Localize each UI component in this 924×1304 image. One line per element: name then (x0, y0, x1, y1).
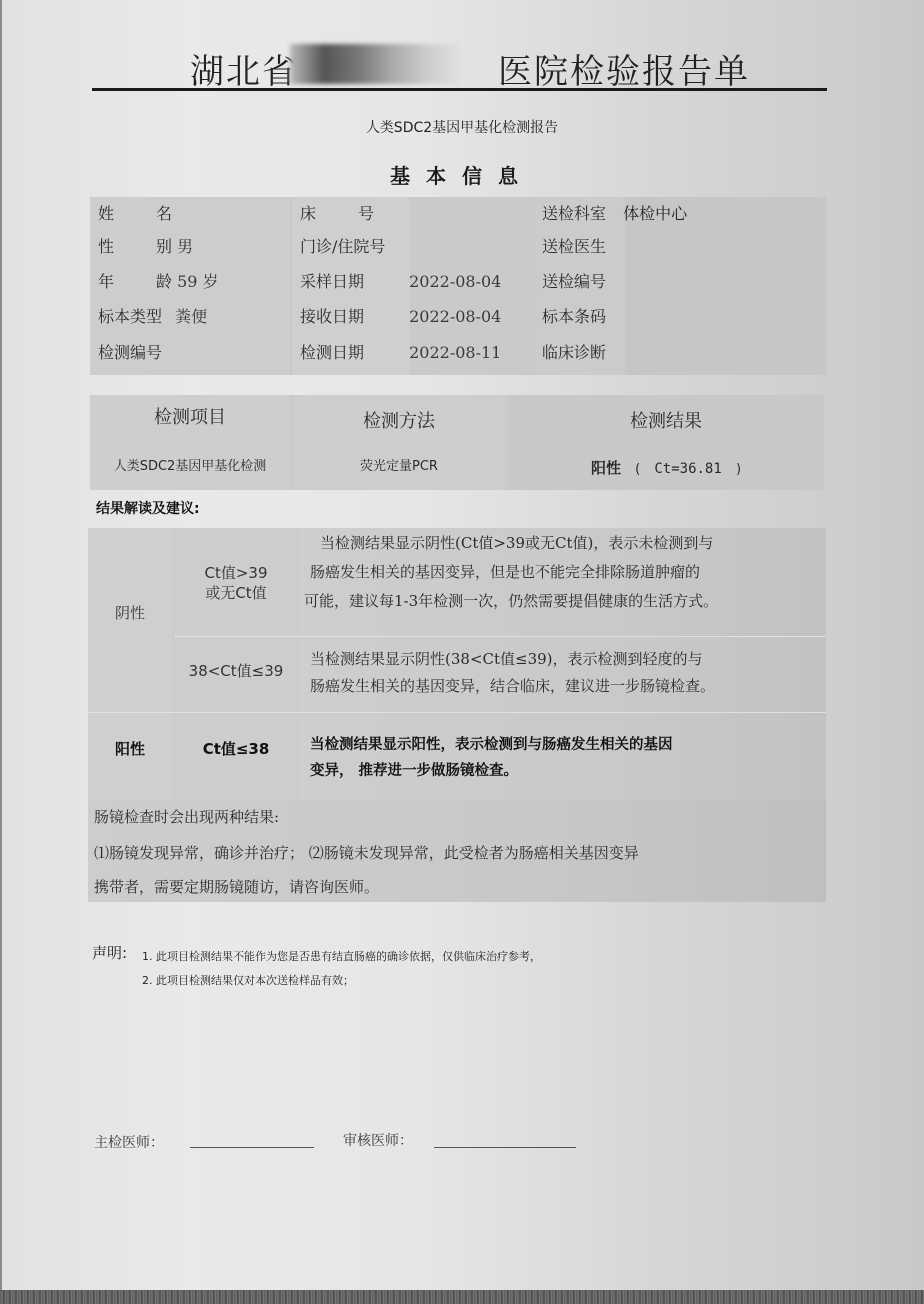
label-test-date: 检测日期 (300, 343, 364, 362)
label-dept: 送检科室 (542, 204, 606, 223)
info-row-sex: 性别 男 (98, 230, 193, 264)
disclaimer-item-1: 1. 此项目检测结果不能作为您是否患有结直肠癌的确诊依据，仅供临床治疗参考， (142, 948, 541, 964)
category-positive: 阳性 (88, 738, 172, 759)
info-row-name: 姓名 (98, 197, 172, 231)
range-negative-1b: 或无Ct值 (174, 582, 298, 603)
redacted-hospital-name (290, 44, 460, 84)
basic-info-table: 姓名 床号 送检科室 体检中心 性别 男 门诊/住院号 送检医生 年龄 59 岁… (90, 197, 826, 375)
report-form-title: 医院检验报告单 (498, 44, 750, 93)
result-ct-value: Ct=36.81 (654, 461, 721, 477)
test-result-table: 检测项目 人类SDC2基因甲基化检测 检测方法 荧光定量PCR 检测结果 阳性 … (90, 395, 824, 490)
range-positive: Ct值≤38 (174, 738, 298, 759)
reviewer-label: 审核医师： (343, 1130, 413, 1150)
note-line-1: 肠镜检查时会出现两种结果: (94, 806, 279, 827)
info-row-patient-id: 门诊/住院号 (300, 230, 385, 264)
value-dept: 体检中心 (623, 204, 687, 223)
header-divider (92, 88, 827, 91)
info-row-receive-date: 接收日期 2022-08-04 (300, 300, 501, 334)
row-divider (88, 712, 826, 713)
label-test-no: 检测编号 (98, 343, 162, 362)
label-doctor: 送检医生 (542, 237, 606, 256)
desc-weak-line2: 肠癌发生相关的基因变异，结合临床，建议进一步肠镜检查。 (310, 673, 715, 700)
note-line-3: 携带者，需要定期肠镜随访，请咨询医师。 (94, 876, 379, 897)
value-test-date: 2022-08-11 (409, 343, 501, 362)
result-open-paren: ( (635, 462, 640, 477)
label-specimen: 标本类型 (98, 307, 162, 326)
info-row-doctor: 送检医生 (542, 230, 606, 264)
label-submission-no: 送检编号 (542, 272, 606, 291)
result-label: 阳性 (591, 459, 621, 477)
info-row-test-date: 检测日期 2022-08-11 (300, 336, 501, 370)
result-close-paren: ) (736, 462, 741, 477)
range-negative-1: Ct值>39 (174, 562, 298, 583)
info-row-dept: 送检科室 体检中心 (542, 197, 687, 231)
test-item-value: 人类SDC2基因甲基化检测 (90, 455, 290, 474)
info-row-age: 年龄 59 岁 (98, 265, 219, 299)
label-receive-date: 接收日期 (300, 307, 364, 326)
info-row-specimen: 标本类型 粪便 (98, 300, 207, 334)
label-sex: 性别 (98, 230, 172, 264)
hospital-province: 湖北省 (190, 44, 298, 93)
interpretation-table: 阴性 Ct值>39 或无Ct值 当检测结果显示阴性(Ct值>39或无Ct值)，表… (88, 528, 826, 800)
desc-positive-line1: 当检测结果显示阳性，表示检测到与肠癌发生相关的基因 (310, 732, 673, 758)
test-method-column: 检测方法 荧光定量PCR (293, 395, 505, 490)
range-negative-2: 38<Ct值≤39 (174, 660, 298, 681)
info-row-sample-date: 采样日期 2022-08-04 (300, 265, 501, 299)
info-row-bed: 床号 (300, 197, 410, 231)
examiner-signature-line (190, 1147, 314, 1148)
row-divider (174, 636, 826, 637)
info-row-submission-no: 送检编号 (542, 265, 606, 299)
header-test-item: 检测项目 (90, 403, 290, 429)
value-sample-date: 2022-08-04 (409, 272, 501, 291)
category-column (88, 528, 172, 800)
desc-negative-line3: 可能，建议每1-3年检测一次，仍然需要提倡健康的生活方式。 (304, 588, 718, 615)
test-item-column: 检测项目 人类SDC2基因甲基化检测 (90, 395, 290, 490)
label-diagnosis: 临床诊断 (542, 343, 606, 362)
label-name: 姓名 (98, 197, 172, 231)
examiner-label: 主检医师： (94, 1132, 164, 1152)
value-specimen: 粪便 (175, 307, 207, 326)
test-result-value: 阳性 ( Ct=36.81 ) (508, 457, 824, 478)
info-row-barcode: 标本条码 (542, 300, 606, 334)
paper-edge (0, 1290, 924, 1304)
label-age: 年龄 (98, 265, 172, 299)
header-test-method: 检测方法 (293, 407, 505, 433)
note-line-2: ⑴肠镜发现异常，确诊并治疗； ⑵肠镜未发现异常，此受检者为肠癌相关基因变异 (94, 842, 639, 863)
label-barcode: 标本条码 (542, 307, 606, 326)
value-age: 59 岁 (177, 272, 218, 291)
desc-positive-line2: 变异， 推荐进一步做肠镜检查。 (310, 758, 518, 784)
test-method-value: 荧光定量PCR (293, 455, 505, 474)
label-patient-id: 门诊/住院号 (300, 237, 385, 256)
label-bed: 床号 (300, 197, 374, 231)
value-sex: 男 (177, 237, 193, 256)
info-row-test-no: 检测编号 (98, 336, 162, 370)
disclaimer-item-2: 2. 此项目检测结果仅对本次送检样品有效； (142, 972, 354, 988)
test-result-column: 检测结果 阳性 ( Ct=36.81 ) (508, 395, 824, 490)
basic-info-title: 基本信息 (0, 160, 924, 189)
header-test-result: 检测结果 (508, 407, 824, 433)
desc-negative-line1: 当检测结果显示阴性(Ct值>39或无Ct值)，表示未检测到与 (310, 530, 713, 557)
disclaimer-label: 声明: (92, 942, 127, 963)
info-row-diagnosis: 临床诊断 (542, 336, 606, 370)
colonoscopy-note: 肠镜检查时会出现两种结果: ⑴肠镜发现异常，确诊并治疗； ⑵肠镜未发现异常，此受… (88, 800, 826, 902)
report-title: 人类SDC2基因甲基化检测报告 (0, 117, 924, 137)
value-receive-date: 2022-08-04 (409, 307, 501, 326)
desc-negative-line2: 肠癌发生相关的基因变异，但是也不能完全排除肠道肿瘤的 (310, 559, 700, 586)
desc-weak-line1: 当检测结果显示阴性(38<Ct值≤39)，表示检测到轻度的与 (310, 646, 703, 673)
reviewer-signature-line (434, 1147, 576, 1148)
label-sample-date: 采样日期 (300, 272, 364, 291)
category-negative: 阴性 (88, 602, 172, 623)
interpretation-title: 结果解读及建议: (96, 498, 200, 518)
